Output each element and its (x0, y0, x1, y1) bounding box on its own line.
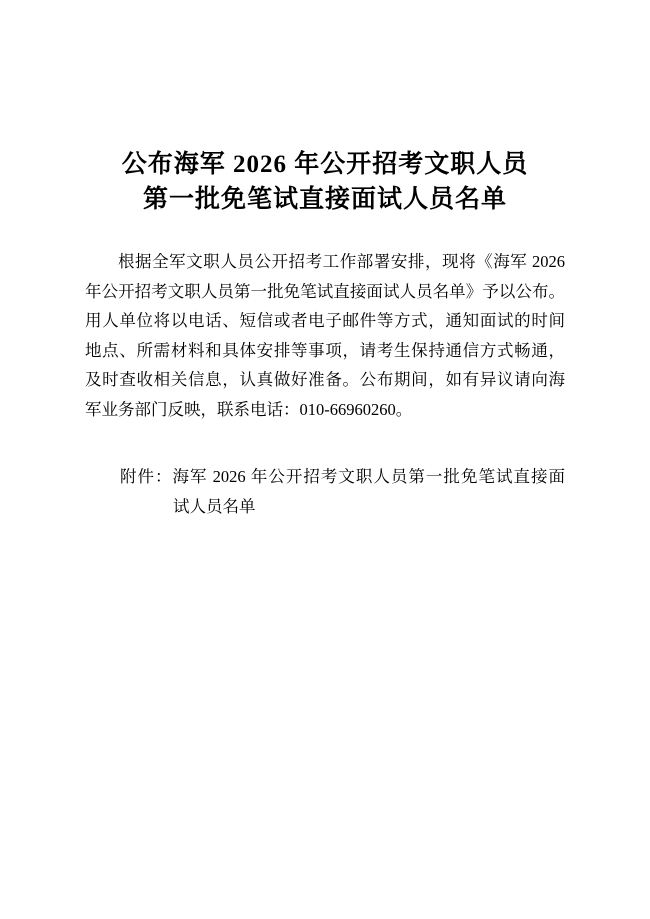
attachment-text-line-1: 海军 2026 年公开招考文职人员第一批免笔试直接面 (173, 467, 565, 486)
attachment-section: 附件：海军 2026 年公开招考文职人员第一批免笔试直接面 试人员名单 (85, 462, 565, 522)
document-title-line-1: 公布海军 2026 年公开招考文职人员 (70, 147, 580, 182)
body-text-line-1: 根据全军文职人员公开招考工作部署安排，现将《海军 2026 (85, 247, 565, 277)
body-paragraph: 根据全军文职人员公开招考工作部署安排，现将《海军 2026 年公开招考文职人员第… (85, 247, 565, 424)
body-text-line-2: 年公开招考文职人员第一批免笔试直接面试人员名单》予以公布。 (85, 277, 565, 307)
body-text-line-4: 地点、所需材料和具体安排等事项，请考生保持通信方式畅通， (85, 336, 565, 366)
body-text-line-3: 用人单位将以电话、短信或者电子邮件等方式，通知面试的时间 (85, 306, 565, 336)
document-page: 公布海军 2026 年公开招考文职人员 第一批免笔试直接面试人员名单 根据全军文… (0, 0, 650, 919)
document-title-line-2: 第一批免笔试直接面试人员名单 (70, 182, 580, 217)
body-text-line-5: 及时查收相关信息，认真做好准备。公布期间，如有异议请向海 (85, 365, 565, 395)
body-text-line-6: 军业务部门反映，联系电话：010-66960260。 (85, 395, 565, 425)
attachment-label: 附件： (120, 467, 173, 486)
attachment-text-line-2: 试人员名单 (173, 492, 565, 522)
document-title: 公布海军 2026 年公开招考文职人员 第一批免笔试直接面试人员名单 (70, 0, 580, 217)
attachment-line-1: 附件：海军 2026 年公开招考文职人员第一批免笔试直接面 (120, 462, 565, 492)
